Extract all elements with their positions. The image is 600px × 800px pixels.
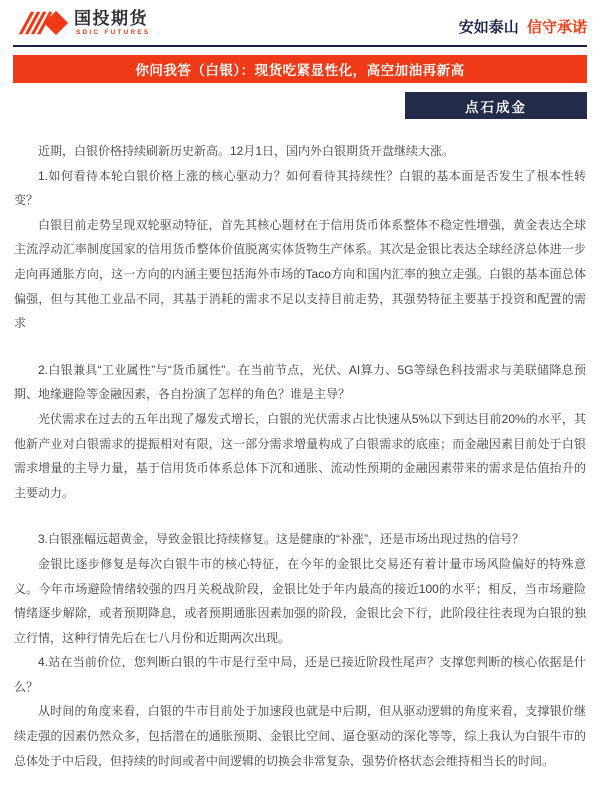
page-header: 国投期货 SDIC FUTURES 安如泰山 信守承诺 [0, 0, 600, 38]
slogan-part2: 信守承诺 [527, 19, 587, 36]
logo-text-block: 国投期货 SDIC FUTURES [74, 8, 150, 37]
header-divider [13, 45, 587, 47]
title-banner: 你问我答（白银）：现货吃紧显性化，高空加油再新高 [13, 55, 587, 83]
article-paragraph: 金银比逐步修复是每次白银牛市的核心特征，在今年的金银比交易还有着计量市场风险偏好… [14, 552, 586, 650]
article-body: 近期，白银价格持续刷新历史新高。12月1日，国内外白银期货开盘继续大涨。1.如何… [14, 139, 586, 773]
article-paragraph: 2.白银兼具“工业属性”与“货币属性”。在当前节点，光伏、AI算力、5G等绿色科… [14, 358, 586, 407]
brand-name-cn: 国投期货 [74, 10, 150, 27]
document-page: 国投期货 SDIC FUTURES 安如泰山 信守承诺 你问我答（白银）：现货吃… [0, 0, 600, 800]
article-paragraph: 4.站在当前价位，您判断白银的牛市是行至中局，还是已接近阶段性尾声？支撑您判断的… [14, 650, 586, 699]
brand-name-en: SDIC FUTURES [74, 30, 150, 37]
article-paragraph: 近期，白银价格持续刷新历史新高。12月1日，国内外白银期货开盘继续大涨。 [14, 139, 586, 164]
article-paragraph: 3.白银涨幅远超黄金，导致金银比持续修复。这是健康的“补涨”，还是市场出现过热的… [14, 527, 586, 552]
sdic-logo-icon [17, 8, 69, 38]
article-paragraph: 从时间的角度来看，白银的牛市目前处于加速段也就是中后期，但从驱动逻辑的角度来看，… [14, 699, 586, 773]
article-paragraph: 1.如何看待本轮白银价格上涨的核心驱动力？如何看待其持续性？白银的基本面是否发生… [14, 164, 586, 213]
header-slogan: 安如泰山 信守承诺 [459, 16, 587, 37]
article-paragraph: 光伏需求在过去的五年出现了爆发式增长，白银的光伏需求占比快速从5%以下到达目前2… [14, 407, 586, 505]
badge-row: 点石成金 [0, 92, 600, 119]
column-badge: 点石成金 [405, 92, 587, 119]
company-logo: 国投期货 SDIC FUTURES [17, 8, 150, 38]
article-paragraph: 白银目前走势呈现双轮驱动特征，首先其核心题材在于信用货币体系整体不稳定性增强，黄… [14, 213, 586, 336]
slogan-part1: 安如泰山 [459, 19, 519, 36]
